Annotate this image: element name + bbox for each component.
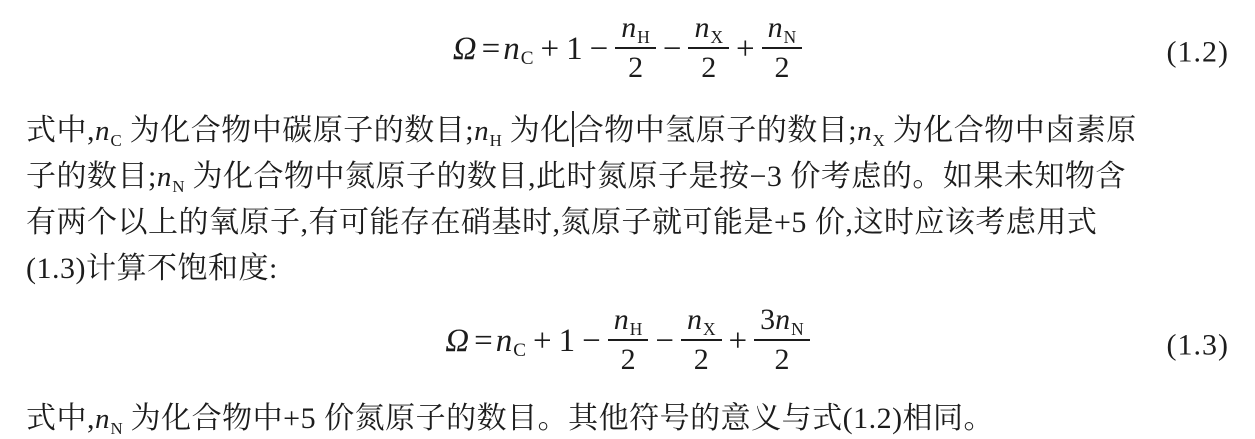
- omega-symbol: Ω: [453, 31, 477, 67]
- text: 为化: [502, 114, 571, 147]
- minus-operator: −: [655, 323, 674, 359]
- subscript-X: X: [710, 27, 723, 47]
- body-line-1: 式中,nC 为化合物中碳原子的数目;nH 为化合物中氢原子的数目;nX 为化合物…: [26, 108, 1231, 154]
- equation-row-1-2: Ω=nC+1−nH2−nX2+nN2 (1.2): [0, 0, 1255, 100]
- subscript-H: H: [490, 131, 502, 150]
- text: (1.3)计算不饱和度:: [26, 252, 278, 285]
- subscript-X: X: [873, 131, 885, 150]
- denominator-2: 2: [608, 341, 649, 376]
- var-n-halogen: n: [687, 303, 702, 336]
- var-n-nitrogen: n: [95, 403, 110, 435]
- coefficient-3: 3: [760, 303, 775, 336]
- var-n-carbon: n: [496, 323, 513, 359]
- text: 为化合物中+5 价氮原子的数目。其他符号的意义与式(1.2)相同。: [123, 402, 994, 435]
- subscript-C: C: [111, 131, 122, 150]
- plus-operator: +: [736, 31, 755, 67]
- var-n-hydrogen: n: [621, 11, 636, 44]
- text: 有两个以上的氧原子,有可能存在硝基时,氮原子就可能是+5 价,这时应该考虑用式: [26, 206, 1097, 239]
- var-n-hydrogen: n: [614, 303, 629, 336]
- subscript-N: N: [111, 419, 123, 438]
- subscript-N: N: [172, 177, 184, 196]
- plus-operator: +: [729, 323, 748, 359]
- text: 式中,: [26, 402, 95, 435]
- denominator-2: 2: [615, 49, 656, 84]
- body-line-5: 式中,nN 为化合物中+5 价氮原子的数目。其他符号的意义与式(1.2)相同。: [26, 396, 1231, 439]
- var-n-carbon: n: [503, 31, 520, 67]
- subscript-H: H: [637, 27, 650, 47]
- var-n-nitrogen: n: [157, 161, 172, 193]
- plus-operator: +: [541, 31, 560, 67]
- denominator-2: 2: [688, 49, 729, 84]
- text: 为化合物中氮原子的数目,此时氮原子是按−3 价考虑的。如果未知物含: [185, 160, 1126, 193]
- fraction-nN-over-2: nN2: [762, 12, 803, 83]
- fraction-nH-over-2: nH2: [608, 304, 649, 375]
- constant-one: 1: [559, 323, 576, 359]
- fraction-3nN-over-2: 3nN2: [754, 304, 810, 375]
- minus-operator: −: [582, 323, 601, 359]
- equation-1-3: Ω=nC+1−nH2−nX2+3nN2: [445, 306, 809, 377]
- fraction-nX-over-2: nX2: [688, 12, 729, 83]
- constant-one: 1: [566, 31, 583, 67]
- fraction-nH-over-2: nH2: [615, 12, 656, 83]
- var-n-carbon: n: [95, 115, 110, 147]
- var-n-halogen: n: [694, 11, 709, 44]
- equals-sign: =: [482, 31, 501, 67]
- text: 为化合物中卤素原: [885, 114, 1137, 147]
- subscript-C: C: [513, 340, 526, 361]
- paragraph-explanation: 式中,nC 为化合物中碳原子的数目;nH 为化合物中氢原子的数目;nX 为化合物…: [0, 108, 1255, 292]
- body-line-3: 有两个以上的氧原子,有可能存在硝基时,氮原子就可能是+5 价,这时应该考虑用式: [26, 200, 1231, 246]
- equation-number-1-2: (1.2): [1167, 36, 1229, 70]
- var-n-nitrogen: n: [768, 11, 783, 44]
- denominator-2: 2: [762, 49, 803, 84]
- minus-operator: −: [590, 31, 609, 67]
- equation-row-1-3: Ω=nC+1−nH2−nX2+3nN2 (1.3): [0, 296, 1255, 390]
- plus-operator: +: [533, 323, 552, 359]
- text: 为化合物中碳原子的数目;: [122, 114, 474, 147]
- equation-1-2: Ω=nC+1−nH2−nX2+nN2: [453, 14, 802, 85]
- equals-sign: =: [474, 323, 493, 359]
- var-n-hydrogen: n: [474, 115, 489, 147]
- text: 合物中氢原子的数目;: [574, 114, 857, 147]
- subscript-X: X: [703, 319, 716, 339]
- body-line-2: 子的数目;nN 为化合物中氮原子的数目,此时氮原子是按−3 价考虑的。如果未知物…: [26, 154, 1231, 200]
- subscript-C: C: [521, 48, 534, 69]
- subscript-H: H: [630, 319, 643, 339]
- var-n-nitrogen: n: [775, 303, 790, 336]
- body-line-4: (1.3)计算不饱和度:: [26, 246, 1231, 292]
- equation-number-1-3: (1.3): [1167, 329, 1229, 363]
- minus-operator: −: [663, 31, 682, 67]
- fraction-nX-over-2: nX2: [681, 304, 722, 375]
- denominator-2: 2: [754, 341, 810, 376]
- omega-symbol: Ω: [445, 323, 469, 359]
- text: 式中,: [26, 114, 95, 147]
- paragraph-closing: 式中,nN 为化合物中+5 价氮原子的数目。其他符号的意义与式(1.2)相同。: [0, 396, 1255, 439]
- subscript-N: N: [791, 319, 804, 339]
- text: 子的数目;: [26, 160, 157, 193]
- document-page: Ω=nC+1−nH2−nX2+nN2 (1.2) 式中,nC 为化合物中碳原子的…: [0, 0, 1255, 439]
- denominator-2: 2: [681, 341, 722, 376]
- subscript-N: N: [784, 27, 797, 47]
- var-n-halogen: n: [857, 115, 872, 147]
